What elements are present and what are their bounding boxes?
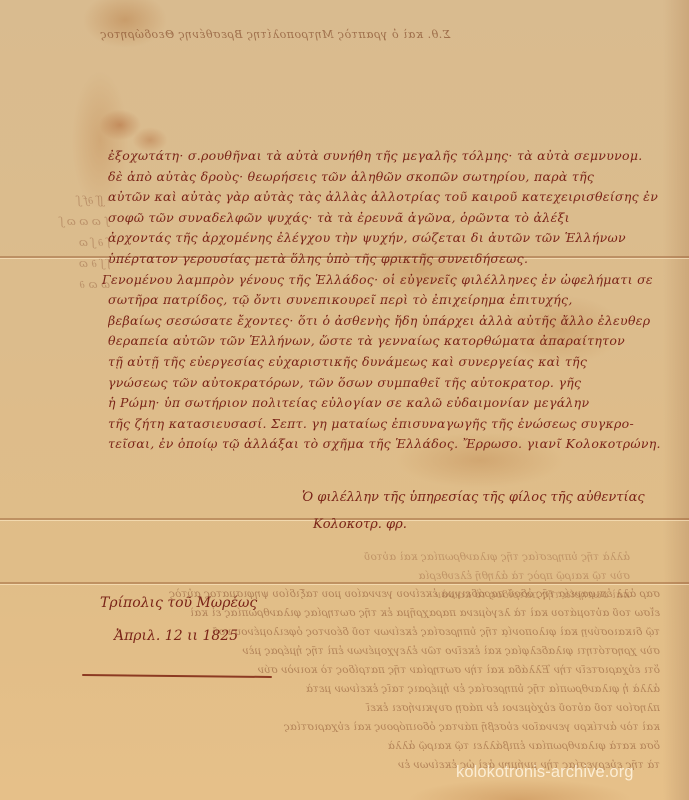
letter-line: τῆς ζήτη κατασιευσασί. Σεπτ. γη ματαίως … (108, 416, 674, 437)
ghost-line: ʃ ∂ ʃ ɷ (20, 232, 110, 253)
ghost-line: τῷ δικαιοσύνῃ καὶ φιλοπονίᾳ τῆς ὑπηρεσία… (10, 623, 660, 642)
archive-watermark: kolokotronis-archive.org (456, 763, 634, 782)
letter-line: τῇ αὐτῇ τῆς εὐεργεσίας εὐχαριστικῆς δυνά… (108, 354, 674, 375)
letter-line: δὲ ἀπὸ αὐτὰς δροὺς· θεωρήσεις τῶν ἀληθῶν… (108, 169, 674, 190)
ghost-line: ∫ ɷ ɷ ɷ ʃ (20, 211, 110, 232)
signature: Κολοκοτρ. φρ. (313, 517, 407, 532)
ghost-line: · ʃʃ ∂ƒ ʃ (20, 190, 110, 211)
letter-body: ἐξοχωτάτη· σ.ρουθῆναι τὰ αὐτὰ συνήθη τῆς… (108, 148, 674, 457)
letter-line: ἐξοχωτάτη· σ.ρουθῆναι τὰ αὐτὰ συνήθη τῆς… (108, 148, 674, 169)
letter-line: βεβαίως σεσώσατε ἔχοντες· ὅτι ὁ ἀσθενὴς … (108, 313, 674, 334)
letter-line: ἡ Ρώμη· ὑπ σωτήριον πολιτείας εὐλογίαν σ… (108, 395, 674, 416)
letter-line: αὐτῶν καὶ αὐτὰς γὰρ αὐτὰς τὰς ἀλλὰς ἀλλο… (108, 189, 674, 210)
ghost-line: ὅτι εὐχαριστεῖν τὴν Ἑλλάδα καὶ τὴν σωτηρ… (10, 661, 660, 680)
closing-salutation: Ὁ φιλέλλην τῆς ὑπηρεσίας τῆς φίλος τῆς α… (302, 490, 645, 505)
bleed-through-text-left: · ʃʃ ∂ƒ ʃ ∫ ɷ ɷ ɷ ʃ ʃ ∂ ʃ ɷ ʃ ʃ ∂ ɷ ɷ ɷ … (20, 190, 110, 295)
paper-fold-line (0, 582, 689, 584)
letter-line: θεραπεία αὐτῶν τῶν Ἑλλήνων, ὥστε τὰ γενν… (108, 333, 674, 354)
letter-line: γνώσεως τῶν αὐτοκρατόρων, τῶν ὅσων συμπα… (108, 375, 674, 396)
letter-line: σοφῶ τῶν συναδελφῶν ψυχάς· τὰ τὰ ἐρευνᾶ … (108, 210, 674, 231)
ghost-line: ἀλλὰ τῆς ὑπηρεσίας τῆς φιλανθρωπίας καὶ … (30, 548, 630, 567)
bleed-through-text-lower: σαρ ἀλλ ἐπιφανείᾳ τῆς ὁδοῦ παράδειγμα ἐκ… (10, 585, 660, 775)
ghost-line: ɷ ɷ ∂ (20, 274, 110, 295)
mirrored-top-note: Σ.θ. καὶ ὁ γραπτὸς Μητροπολίτης Βρεσθένη… (100, 28, 451, 41)
ghost-line: πλησίον τοῦ αὐτοῦ εὐχόμενοι ἐν πάσῃ συγκ… (10, 699, 660, 718)
letter-line: τεῖσαι, ἐν ὁποίῳ τῷ ἀλλάξαι τὸ σχῆμα τῆς… (108, 436, 674, 457)
letter-date: Ἀπριλ. 12 ιι 1825 (114, 628, 238, 644)
ghost-line: καὶ τὸν ἀντίκρυ γενναῖον εὐσεβῆ πάντας ὁ… (10, 718, 660, 737)
letter-line: σωτῆρα πατρίδος, τῷ ὄντι συνεπικουρεῖ πε… (108, 292, 674, 313)
letter-line: ἀρχοντάς τῆς ἀρχομένης ἐλέγχου τὴν ψυχήν… (108, 230, 674, 251)
ghost-line: ὅσα κατὰ φιλανθρωπίαν ἐπιβάλλει τῷ καιρῷ… (10, 737, 660, 756)
ghost-line: σὺν χρηστότητι φιλαδελφίας καὶ ἐκεῖνο τῶ… (10, 642, 660, 661)
letter-line: ὑπέρτατον γερουσίας μετὰ ὅλης ὑπὸ τῆς φρ… (108, 251, 674, 272)
ghost-line: ἀλλὰ ἡ φιλανθρωπία τῆς ὑπηρεσίας ἐν ἡμέρ… (10, 680, 660, 699)
place-of-writing: Τρίπολις τοῦ Μωρέως (100, 595, 257, 611)
letter-line: Γενομένου λαμπρὸν γένους τῆς Ἑλλάδος· οἱ… (102, 272, 674, 293)
